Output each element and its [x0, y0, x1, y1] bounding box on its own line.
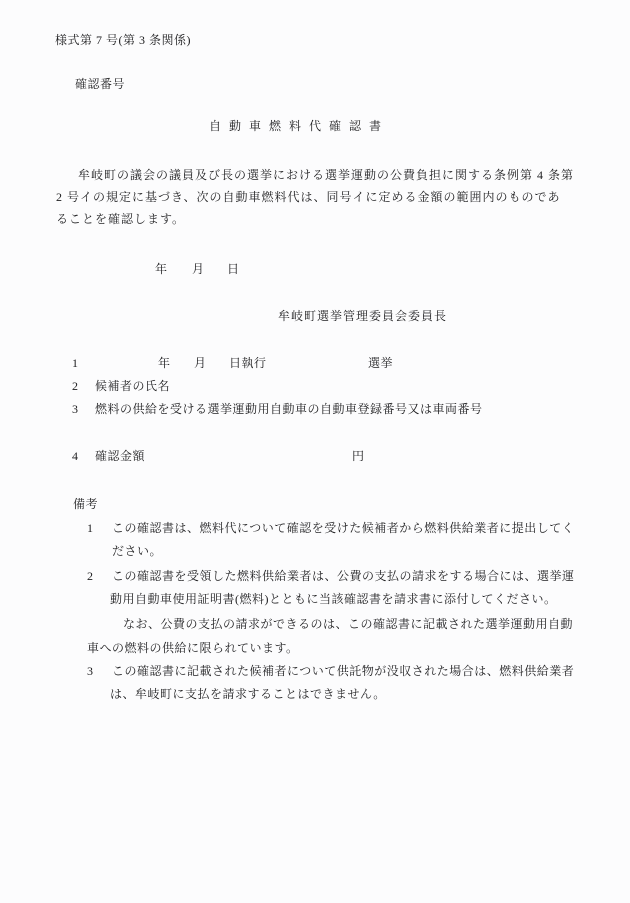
body-paragraph-line: ることを確認します。 [56, 212, 185, 227]
remark-2-line: 2 この確認書を受領した燃料供給業者は、公費の支払の請求をする場合には、選挙運 [0, 569, 630, 585]
remark-3-line: 3 この確認書に記載された候補者について供託物が没収された場合は、燃料供給業者 [0, 664, 630, 680]
item-candidate-name: 2 候補者の氏名 [0, 379, 630, 395]
remark-2-note-line: 車への燃料の供給に限られています。 [87, 641, 299, 656]
yen-unit-label: 円 [352, 449, 365, 464]
document-page: 様式第 7 号(第 3 条関係) 確認番号 自動車燃料代確認書 牟岐町の議会の議… [0, 0, 630, 903]
remark-number: 3 [87, 664, 94, 679]
remark-number: 1 [87, 521, 94, 536]
remark-text: この確認書は、燃料代について確認を受けた候補者から燃料供給業者に提出してく [112, 521, 574, 536]
confirmation-number-label: 確認番号 [75, 77, 125, 92]
remark-1-line: 1 この確認書は、燃料代について確認を受けた候補者から燃料供給業者に提出してく [0, 521, 630, 537]
year-label: 年 [155, 262, 168, 277]
item-vehicle-registration: 3 燃料の供給を受ける選挙運動用自動車の自動車登録番号又は車両番号 [0, 402, 630, 418]
remark-text: この確認書を受領した燃料供給業者は、公費の支払の請求をする場合には、選挙運 [112, 569, 575, 584]
body-paragraph-line: 2 号イの規定に基づき、次の自動車燃料代は、同号イに定める金額の範囲内のものであ [56, 190, 561, 205]
remark-2-line: 動用自動車使用証明書(燃料)とともに当該確認書を請求書に添付してください。 [110, 592, 557, 607]
item-label: 確認金額 [95, 449, 145, 464]
remark-3-line: は、牟岐町に支払を請求することはできません。 [110, 687, 386, 702]
item-confirmed-amount: 4 確認金額 円 [0, 449, 630, 465]
item-number: 1 [72, 356, 79, 371]
month-label: 月 [192, 262, 205, 277]
item-number: 4 [72, 449, 79, 464]
remark-number: 2 [87, 569, 94, 584]
form-style-label: 様式第 7 号(第 3 条関係) [55, 33, 191, 48]
item-election-date: 1 年 月 日執行 選挙 [0, 356, 630, 372]
remark-2-note-line: なお、公費の支払の請求ができるのは、この確認書に記載された選挙運動用自動 [123, 617, 573, 632]
day-executed-label: 日執行 [229, 356, 267, 371]
item-label: 燃料の供給を受ける選挙運動用自動車の自動車登録番号又は車両番号 [95, 402, 483, 417]
election-label: 選挙 [368, 356, 393, 371]
remark-1-line: ださい。 [112, 544, 162, 559]
month-label: 月 [194, 356, 207, 371]
body-paragraph-line: 牟岐町の議会の議員及び長の選挙における選挙運動の公費負担に関する条例第 4 条第 [78, 168, 574, 183]
day-label: 日 [227, 262, 240, 277]
remarks-heading: 備考 [73, 497, 98, 512]
item-label: 候補者の氏名 [95, 379, 170, 394]
date-blank-line: 年 月 日 [0, 262, 630, 278]
remark-text: この確認書に記載された候補者について供託物が没収された場合は、燃料供給業者 [112, 664, 574, 679]
document-title: 自動車燃料代確認書 [0, 119, 598, 134]
item-number: 3 [72, 402, 79, 417]
year-label: 年 [158, 356, 171, 371]
item-number: 2 [72, 379, 79, 394]
election-committee-chair-line: 牟岐町選挙管理委員会委員長 [278, 309, 447, 324]
